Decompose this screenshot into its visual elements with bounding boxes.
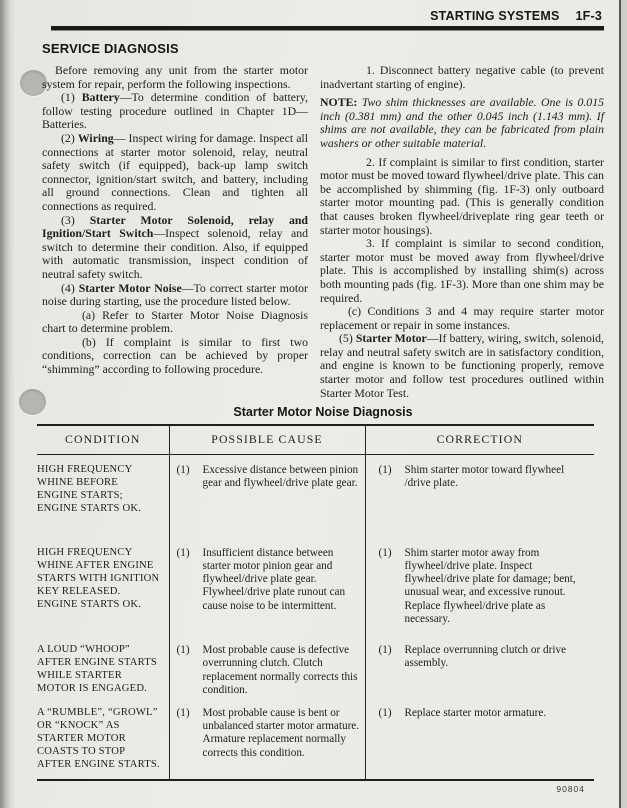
item-number: (1) bbox=[177, 707, 196, 760]
cause-cell: (1)Excessive distance between pinion gea… bbox=[169, 455, 365, 538]
paragraph-solenoid: (3) Starter Motor Solenoid, relay and Ig… bbox=[42, 214, 308, 282]
paragraph-step-c: (c) Conditions 3 and 4 may require start… bbox=[320, 305, 604, 332]
item-number: (1) bbox=[177, 644, 196, 697]
item-number: (1) bbox=[379, 707, 398, 720]
footer-code: 90804 bbox=[37, 784, 594, 794]
header-title: STARTING SYSTEMS bbox=[430, 9, 559, 23]
paragraph-wiring: (2) Wiring— Inspect wiring for damage. I… bbox=[42, 132, 308, 214]
condition-cell: HIGH FREQUENCY WHINE AFTER ENGINE STARTS… bbox=[37, 538, 169, 638]
table-title: Starter Motor Noise Diagnosis bbox=[42, 405, 604, 419]
manual-page: STARTING SYSTEMS 1F-3 SERVICE DIAGNOSIS … bbox=[0, 0, 621, 808]
table-row: A “RUMBLE”, “GROWL” OR “KNOCK” AS STARTE… bbox=[37, 701, 594, 781]
paragraph-intro: Before removing any unit from the starte… bbox=[42, 64, 308, 91]
paragraph-step-b: (b) If complaint is similar to first two… bbox=[42, 336, 308, 377]
table-row: A LOUD “WHOOP” AFTER ENGINE STARTS WHILE… bbox=[37, 638, 594, 701]
paragraph-step-2: 2. If complaint is similar to first cond… bbox=[320, 156, 604, 238]
header-page-number: 1F-3 bbox=[575, 9, 602, 23]
paragraph-step-3: 3. If complaint is similar to second con… bbox=[320, 237, 604, 305]
right-column: 1. Disconnect battery negative cable (to… bbox=[320, 64, 604, 400]
item-number: (1) bbox=[379, 464, 398, 490]
table-row: HIGH FREQUENCY WHINE AFTER ENGINE STARTS… bbox=[37, 538, 594, 638]
condition-cell: HIGH FREQUENCY WHINE BEFORE ENGINE START… bbox=[37, 455, 169, 538]
body-columns: Before removing any unit from the starte… bbox=[42, 64, 604, 400]
item-number: (1) bbox=[379, 644, 398, 670]
correction-cell: (1)Shim starter motor away from flywheel… bbox=[365, 538, 594, 638]
paragraph-battery: (1) Battery—To determine condition of ba… bbox=[42, 91, 308, 132]
diagnosis-table: CONDITION POSSIBLE CAUSE CORRECTION HIGH… bbox=[37, 424, 594, 781]
table-header-possible-cause: POSSIBLE CAUSE bbox=[169, 425, 365, 455]
table-header-row: CONDITION POSSIBLE CAUSE CORRECTION bbox=[37, 425, 594, 455]
page-header: STARTING SYSTEMS 1F-3 bbox=[42, 9, 604, 23]
cause-cell: (1)Most probable cause is defective over… bbox=[169, 638, 365, 701]
item-number: (1) bbox=[177, 547, 196, 613]
table-header-condition: CONDITION bbox=[37, 425, 169, 455]
paragraph-starter-motor: (5) Starter Motor—If battery, wiring, sw… bbox=[320, 332, 604, 400]
correction-cell: (1)Replace overrunning clutch or drive a… bbox=[365, 638, 594, 701]
table-row: HIGH FREQUENCY WHINE BEFORE ENGINE START… bbox=[37, 455, 594, 538]
note-paragraph: NOTE: Two shim thicknesses are available… bbox=[320, 96, 604, 150]
paragraph-noise: (4) Starter Motor Noise—To correct start… bbox=[42, 282, 308, 309]
section-heading: SERVICE DIAGNOSIS bbox=[42, 41, 604, 56]
paragraph-step-a: (a) Refer to Starter Motor Noise Diagnos… bbox=[42, 309, 308, 336]
condition-cell: A “RUMBLE”, “GROWL” OR “KNOCK” AS STARTE… bbox=[37, 701, 169, 781]
header-rule bbox=[51, 26, 604, 30]
left-column: Before removing any unit from the starte… bbox=[42, 64, 308, 400]
table-header-correction: CORRECTION bbox=[365, 425, 594, 455]
correction-cell: (1)Shim starter motor toward flywheel /d… bbox=[365, 455, 594, 538]
item-number: (1) bbox=[177, 464, 196, 490]
item-number: (1) bbox=[379, 547, 398, 626]
paragraph-step-1: 1. Disconnect battery negative cable (to… bbox=[320, 64, 604, 91]
cause-cell: (1)Most probable cause is bent or unbala… bbox=[169, 701, 365, 781]
page-content: STARTING SYSTEMS 1F-3 SERVICE DIAGNOSIS … bbox=[0, 0, 619, 794]
condition-cell: A LOUD “WHOOP” AFTER ENGINE STARTS WHILE… bbox=[37, 638, 169, 701]
cause-cell: (1)Insufficient distance between starter… bbox=[169, 538, 365, 638]
correction-cell: (1)Replace starter motor armature. bbox=[365, 701, 594, 781]
